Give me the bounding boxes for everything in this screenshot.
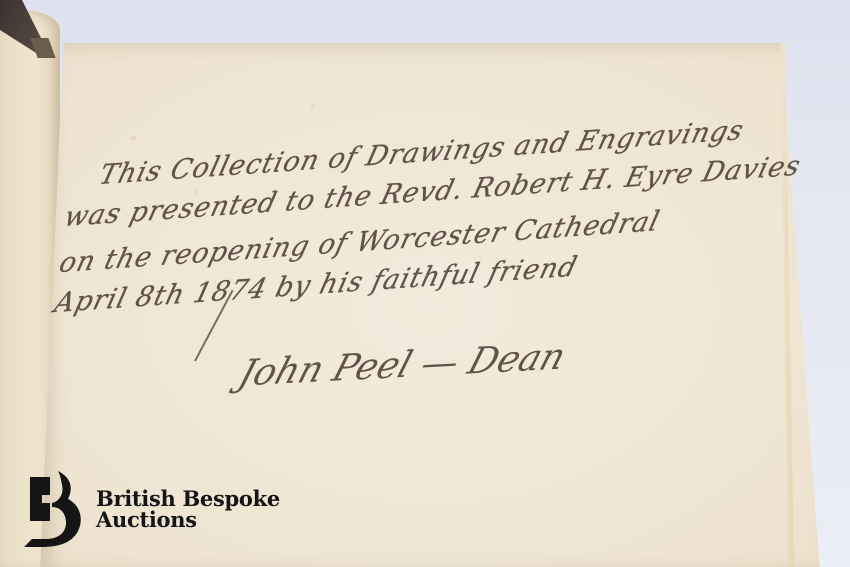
watermark-line-1: British Bespoke: [96, 488, 280, 509]
bba-b-logo-icon: [20, 469, 86, 549]
watermark-line-2: Auctions: [96, 509, 280, 530]
signature: John Peel — Dean: [234, 336, 571, 395]
handwritten-inscription: This Collection of Drawings and Engravin…: [55, 160, 785, 420]
watermark-logo: British Bespoke Auctions: [20, 469, 280, 549]
watermark-text: British Bespoke Auctions: [96, 488, 280, 530]
